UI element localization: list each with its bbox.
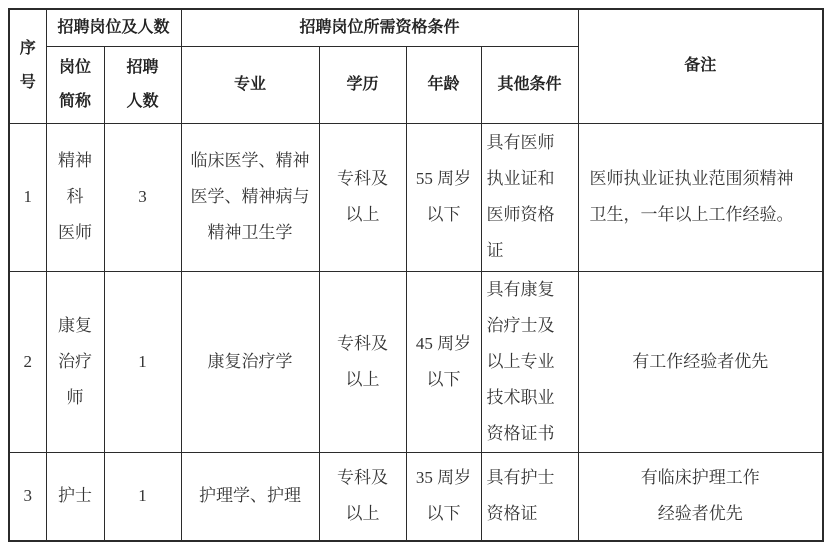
cell-row3-other: 具有护士 资格证: [481, 452, 578, 541]
header-seq: 序 号: [9, 9, 46, 123]
cell-row3-remark: 有临床护理工作 经验者优先: [578, 452, 823, 541]
cell-row1-remark: 医师执业证执业范围须精神 卫生，一年以上工作经验。: [578, 123, 823, 271]
cell-row3-education: 专科及 以上: [319, 452, 406, 541]
cell-row2-count: 1: [104, 271, 181, 452]
cell-row1-age: 55 周岁 以下: [406, 123, 481, 271]
table-row: 2 康复 治疗 师 1 康复治疗学 专科及 以上 45 周岁 以下 具有康复 治…: [9, 271, 823, 452]
cell-row3-post: 护士: [46, 452, 104, 541]
cell-row2-post: 康复 治疗 师: [46, 271, 104, 452]
cell-row1-education: 专科及 以上: [319, 123, 406, 271]
header-education: 学历: [319, 46, 406, 123]
cell-row3-age: 35 周岁 以下: [406, 452, 481, 541]
cell-row2-no: 2: [9, 271, 46, 452]
header-other-conditions: 其他条件: [481, 46, 578, 123]
cell-row2-remark: 有工作经验者优先: [578, 271, 823, 452]
header-age: 年龄: [406, 46, 481, 123]
header-post-group: 招聘岗位及人数: [46, 9, 181, 46]
cell-row3-major: 护理学、护理: [181, 452, 319, 541]
header-remark: 备注: [578, 9, 823, 123]
cell-row3-count: 1: [104, 452, 181, 541]
cell-row1-no: 1: [9, 123, 46, 271]
cell-row1-other: 具有医师 执业证和 医师资格 证: [481, 123, 578, 271]
header-post-name: 岗位 简称: [46, 46, 104, 123]
cell-row2-major: 康复治疗学: [181, 271, 319, 452]
recruitment-table: 序 号 招聘岗位及人数 招聘岗位所需资格条件 备注 岗位 简称 招聘 人数 专业…: [8, 8, 824, 542]
cell-row2-age: 45 周岁 以下: [406, 271, 481, 452]
cell-row3-no: 3: [9, 452, 46, 541]
header-major: 专业: [181, 46, 319, 123]
cell-row2-other: 具有康复 治疗士及 以上专业 技术职业 资格证书: [481, 271, 578, 452]
cell-row1-count: 3: [104, 123, 181, 271]
header-row-groups: 序 号 招聘岗位及人数 招聘岗位所需资格条件 备注: [9, 9, 823, 46]
header-qualifications-group: 招聘岗位所需资格条件: [181, 9, 578, 46]
header-headcount: 招聘 人数: [104, 46, 181, 123]
cell-row1-major: 临床医学、精神 医学、精神病与 精神卫生学: [181, 123, 319, 271]
table-row: 1 精神 科 医师 3 临床医学、精神 医学、精神病与 精神卫生学 专科及 以上…: [9, 123, 823, 271]
cell-row1-post: 精神 科 医师: [46, 123, 104, 271]
table-row: 3 护士 1 护理学、护理 专科及 以上 35 周岁 以下 具有护士 资格证 有…: [9, 452, 823, 541]
cell-row2-education: 专科及 以上: [319, 271, 406, 452]
document-page: 序 号 招聘岗位及人数 招聘岗位所需资格条件 备注 岗位 简称 招聘 人数 专业…: [0, 0, 830, 551]
